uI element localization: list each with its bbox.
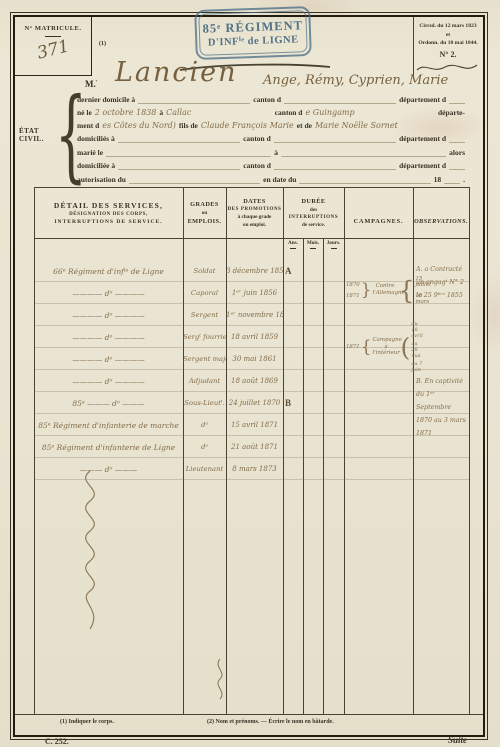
campaign-year: 1870	[346, 282, 360, 288]
flourish-squiggle	[211, 657, 229, 701]
field-label: 18	[434, 175, 442, 184]
divider	[413, 17, 414, 79]
field-label: en date du	[263, 175, 296, 184]
matricule-label: N° MATRICULE.	[15, 17, 91, 32]
field-label: né le	[77, 108, 92, 117]
header-line: ou	[202, 210, 207, 216]
brace-glyph: (	[401, 335, 411, 360]
field-label: dernier domicile à	[77, 95, 135, 104]
handwritten-value: Claude François Marie	[201, 121, 294, 130]
marker-cell: B	[283, 398, 303, 408]
brace-glyph: {	[399, 278, 415, 303]
field-label: canton d	[253, 95, 281, 104]
date-cell: 18 avril 1859	[226, 333, 283, 341]
header-line: DES PROMOTIONS	[227, 207, 281, 212]
field-label: canton d	[243, 161, 271, 170]
blank-field	[138, 95, 250, 104]
grade-cell: Soldat	[183, 267, 226, 275]
regiment-stamp-inner: 85ᵉ RÉGIMENT D'INFⁱᵉ de LIGNE	[198, 10, 307, 56]
table-row: ———— dᵒ ———— Adjudant 18 août 1869	[34, 370, 469, 392]
corps-cell: 66ᵉ Régiment d'infⁱᵉ de Ligne	[34, 267, 183, 276]
corps-cell: ———— dᵒ ————	[34, 333, 183, 342]
field-label: département d	[399, 161, 446, 170]
field-label: ment d	[77, 121, 99, 130]
table-row: 85ᵉ Régiment d'infanterie de marche dᵒ 1…	[34, 414, 469, 436]
regiment-stamp: 85ᵉ RÉGIMENT D'INFⁱᵉ de LIGNE	[194, 6, 312, 60]
campaign-date: du 18 avril	[411, 321, 422, 339]
table-row: 85ᵉ ——— dᵒ ——— Sous-Lieutᵗ. 24 juillet 1…	[34, 392, 469, 414]
field-label: à	[159, 108, 163, 117]
handwritten-value: 2 octobre 1838	[95, 108, 157, 117]
blank-field	[106, 148, 271, 157]
given-names: Ange, Rémy, Cyprien, Marie	[263, 73, 448, 88]
footnote-1: (1) Indiquer le corps.	[60, 719, 114, 725]
header-line: DÉTAIL DES SERVICES,	[54, 201, 163, 210]
header-line: DÉSIGNATION DES CORPS,	[69, 212, 148, 217]
blank-field	[444, 175, 460, 184]
regulation-line-1: Circul. du 12 mars 1823	[415, 22, 481, 31]
field-label: alors	[449, 148, 465, 157]
suite-label: Suite	[448, 735, 467, 745]
date-cell: 15 avril 1871	[226, 421, 283, 429]
header-line: de service.	[302, 222, 325, 228]
document-frame: N° MATRICULE. 371 (1) 85ᵉ RÉGIMENT D'INF…	[13, 15, 485, 737]
corps-cell: 85ᵉ Régiment d'infanterie de Ligne	[34, 443, 183, 452]
date-cell: 21 août 1871	[226, 443, 283, 451]
field-label: domiciliés à	[77, 134, 115, 143]
divider	[45, 35, 61, 37]
ec-line-parents: ment des Côtes du Nord) fils deClaude Fr…	[77, 121, 465, 130]
date-cell: 30 mai 1861	[226, 355, 283, 363]
ec-line-autorisation: autorisation du en date du 18 .	[77, 175, 465, 184]
form-number: C. 252.	[45, 737, 69, 746]
table-header-campagnes: CAMPAGNES.	[344, 187, 413, 255]
header-line: des	[310, 207, 317, 213]
grade-cell: Sergent	[183, 311, 226, 319]
blank-field	[449, 161, 465, 170]
blank-field	[118, 134, 240, 143]
field-label: canton d	[275, 108, 303, 117]
divider	[331, 247, 337, 249]
ec-line-domiciliee: domiciliée à canton d département d	[77, 161, 465, 170]
grade-cell: Sergent major	[183, 355, 226, 363]
campaign-entry: 1870 1871 } Contre l'Allemagne { 15 juil…	[346, 262, 412, 318]
corps-cell: ———— dᵒ ————	[34, 377, 183, 386]
field-label: à	[274, 148, 278, 157]
ec-line-naissance: né le2 octobre 1838 àCallac canton de Gu…	[77, 108, 465, 117]
grade-cell: dᵒ	[183, 421, 226, 429]
field-label: et de	[297, 121, 312, 130]
date-cell: 18 août 1869	[226, 377, 283, 385]
ec-line-domicile: dernier domicile à canton d département …	[77, 95, 465, 104]
campaign-years: 1871	[346, 344, 360, 350]
blank-field	[274, 161, 396, 170]
blank-field	[274, 134, 396, 143]
campaign-year: 1871	[346, 344, 360, 350]
field-label: domiciliée à	[77, 161, 115, 170]
subheader-ans: Ans.	[283, 240, 303, 257]
grade-cell: Caporal	[183, 289, 226, 297]
header-line: DATES	[243, 198, 266, 205]
table-header-services: DÉTAIL DES SERVICES, DÉSIGNATION DES COR…	[34, 187, 183, 238]
blank-field	[449, 134, 465, 143]
blank-field	[118, 161, 240, 170]
header-line: GRADES	[190, 201, 219, 208]
footnote-2: (2) Nom et prénoms. — Écrire le nom en b…	[207, 719, 334, 725]
service-record-page: N° MATRICULE. 371 (1) 85ᵉ RÉGIMENT D'INF…	[0, 0, 500, 747]
ec-line-mariage: marié le à alors	[77, 148, 465, 157]
surname: Lancien	[115, 57, 238, 88]
handwritten-value: e Guingamp	[305, 108, 435, 117]
handwritten-value: Callac	[166, 108, 272, 117]
corps-cell: 85ᵉ ——— dᵒ ———	[34, 399, 183, 408]
subheader-mois: Mois.	[303, 240, 323, 257]
stamp-line-2: D'INFⁱᵉ de LIGNE	[208, 33, 299, 48]
field-label: fils de	[179, 121, 198, 130]
campaign-label: Campagne à l'intérieur	[373, 337, 400, 357]
campaign-dates: du 18 avril au 28 mai au 7 juin	[411, 321, 422, 373]
observation-note-b: B. En captivité du 1ᵉʳ Septembre 1870 au…	[416, 375, 467, 440]
header-line: INTERRUPTIONS DE SERVICE.	[54, 219, 162, 225]
brace-glyph: {	[361, 339, 372, 356]
handwritten-value: Marie Noëlle Sornet	[315, 121, 465, 130]
grade-cell: Sous-Lieutᵗ.	[183, 399, 226, 407]
campaign-label: Contre l'Allemagne	[373, 283, 398, 297]
date-cell: 8 mars 1873	[226, 465, 283, 473]
regulation-line-2: et	[415, 31, 481, 40]
handwritten-value: es Côtes du Nord)	[102, 121, 176, 130]
blank-field	[299, 175, 430, 184]
table-header-duree: DURÉE des INTERRUPTIONS de service.	[283, 187, 344, 238]
header-line: à chaque grade	[238, 214, 272, 220]
blank-field	[449, 95, 465, 104]
campaign-years: 1870 1871	[346, 282, 360, 299]
brace-glyph: }	[361, 282, 372, 299]
field-label: départe-	[438, 108, 465, 117]
header-line: INTERRUPTIONS	[289, 215, 338, 220]
corps-cell: ———— dᵒ ————	[34, 355, 183, 364]
flourish-serpentine	[73, 469, 107, 631]
field-label: canton d	[243, 134, 271, 143]
divider	[310, 247, 316, 249]
header-line: CAMPAGNES.	[354, 218, 404, 225]
table-header-observations: OBSERVATIONS.	[413, 187, 469, 255]
campaign-year: 1871	[346, 293, 360, 299]
table-header-dates: DATES DES PROMOTIONS à chaque grade ou e…	[226, 187, 283, 238]
honorific-sup: ʳ	[96, 80, 97, 85]
header-line: Mois.	[307, 240, 319, 246]
regulation-line-3: Ordonn. du 10 mai 1844.	[415, 39, 481, 48]
blank-field	[284, 95, 396, 104]
matricule-box: N° MATRICULE. 371	[15, 17, 92, 76]
header-line: DURÉE	[301, 198, 325, 205]
field-label: autorisation du	[77, 175, 126, 184]
table-header-grades: GRADES ou EMPLOIS.	[183, 187, 226, 238]
divider	[469, 187, 470, 714]
header-line: OBSERVATIONS.	[414, 218, 468, 225]
grade-cell: Adjudant	[183, 377, 226, 385]
campaign-date: au 7 juin	[411, 361, 422, 373]
ec-line-domicilies: domiciliés à canton d département d	[77, 134, 465, 143]
observation-note-a: A. a Contracté un engagᵗ N° 2 le 25 9ᵇʳᵉ…	[416, 263, 467, 302]
campaign-entry: 1871 { Campagne à l'intérieur ( du 18 av…	[346, 322, 412, 372]
corps-cell: 85ᵉ Régiment d'infanterie de marche	[34, 421, 183, 430]
matricule-number: 371	[35, 36, 71, 63]
header-line: Ans.	[288, 240, 298, 246]
date-cell: 3 décembre 1855	[226, 267, 283, 275]
grade-cell: Sergᵗ fourrier	[183, 333, 226, 341]
date-cell: 1ᵉʳ novembre 1857	[226, 311, 283, 319]
header-line: Jours.	[327, 240, 341, 246]
footnote-ref-1: (1)	[99, 41, 106, 47]
regulation-note: Circul. du 12 mars 1823 et Ordonn. du 10…	[415, 22, 481, 61]
field-label: département d	[399, 95, 446, 104]
grade-cell: Lieutenant	[183, 465, 226, 473]
grade-cell: dᵒ	[183, 443, 226, 451]
model-number: N° 2.	[415, 49, 481, 61]
corps-cell: ———— dᵒ ————	[34, 289, 183, 298]
field-label: marié le	[77, 148, 103, 157]
blank-field	[281, 148, 446, 157]
header-line: EMPLOIS.	[188, 218, 222, 225]
field-label: département d	[399, 134, 446, 143]
date-cell: 24 juillet 1870	[226, 399, 283, 407]
corps-cell: ———— dᵒ ————	[34, 311, 183, 320]
date-cell: 1ᵉʳ juin 1856	[226, 289, 283, 297]
header-line: ou emploi.	[243, 222, 266, 228]
divider	[15, 714, 483, 715]
table-row: 85ᵉ Régiment d'infanterie de Ligne dᵒ 21…	[34, 436, 469, 458]
subheader-jours: Jours.	[323, 240, 344, 257]
marker-cell: A	[283, 266, 303, 276]
corps-cell: ——— dᵒ ———	[34, 465, 183, 474]
blank-field	[129, 175, 260, 184]
field-label: .	[463, 175, 465, 184]
campaign-date: au 28 mai	[411, 341, 422, 359]
divider	[290, 247, 296, 249]
